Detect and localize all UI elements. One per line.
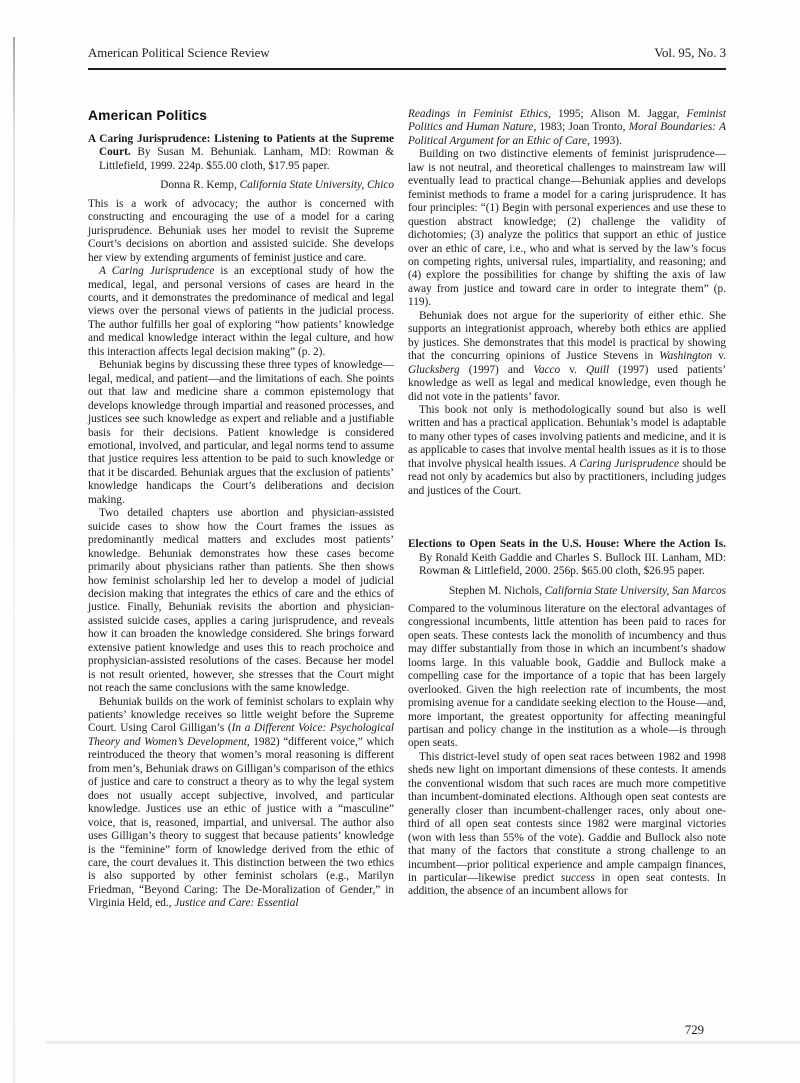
left-column: American Politics A Caring Jurisprudence… (88, 108, 394, 911)
page-number: 729 (685, 1023, 704, 1038)
book-citation-1: A Caring Jurisprudence: Listening to Pat… (88, 133, 394, 173)
paragraph: Two detailed chapters use abortion and p… (88, 507, 394, 695)
book-citation-2: Elections to Open Seats in the U.S. Hous… (408, 538, 726, 578)
right-column: Readings in Feminist Ethics, 1995; Aliso… (408, 108, 726, 911)
two-column-body: American Politics A Caring Jurisprudence… (88, 108, 726, 911)
paragraph: This district-level study of open seat r… (408, 751, 726, 899)
book-title-2: Elections to Open Seats in the U.S. Hous… (408, 538, 726, 550)
reviewer-affiliation-2: California State University, San Marcos (545, 585, 726, 597)
paragraph: This book not only is methodologically s… (408, 404, 726, 498)
reviewer-line-1: Donna R. Kemp, California State Universi… (88, 179, 394, 192)
book-citation-2-details: By Ronald Keith Gaddie and Charles S. Bu… (419, 552, 726, 577)
book-citation-1-details: By Susan M. Behuniak. Lanham, MD: Rowman… (99, 146, 394, 171)
page-header: American Political Science Review Vol. 9… (88, 46, 726, 70)
issue-label: Vol. 95, No. 3 (654, 46, 726, 61)
paragraph: Behuniak builds on the work of feminist … (88, 696, 394, 911)
reviewer-name-1: Donna R. Kemp, (160, 179, 239, 191)
reviewer-name-2: Stephen M. Nichols, (449, 585, 545, 597)
paragraph: Behuniak begins by discussing these thre… (88, 359, 394, 507)
paragraph: Compared to the voluminous literature on… (408, 603, 726, 751)
journal-title: American Political Science Review (88, 46, 270, 61)
reviewer-line-2: Stephen M. Nichols, California State Uni… (408, 585, 726, 598)
paragraph: A Caring Jurisprudence is an exceptional… (88, 265, 394, 359)
paragraph: Behuniak does not argue for the superior… (408, 310, 726, 404)
scan-edge-artifact-left (13, 37, 15, 1083)
paragraph: Building on two distinctive elements of … (408, 148, 726, 309)
scan-edge-artifact-bottom (46, 1041, 800, 1044)
reviewer-affiliation-1: California State University, Chico (240, 179, 394, 191)
section-heading: American Politics (88, 108, 394, 123)
paragraph: This is a work of advocacy; the author i… (88, 198, 394, 265)
paragraph: Readings in Feminist Ethics, 1995; Aliso… (408, 108, 726, 148)
